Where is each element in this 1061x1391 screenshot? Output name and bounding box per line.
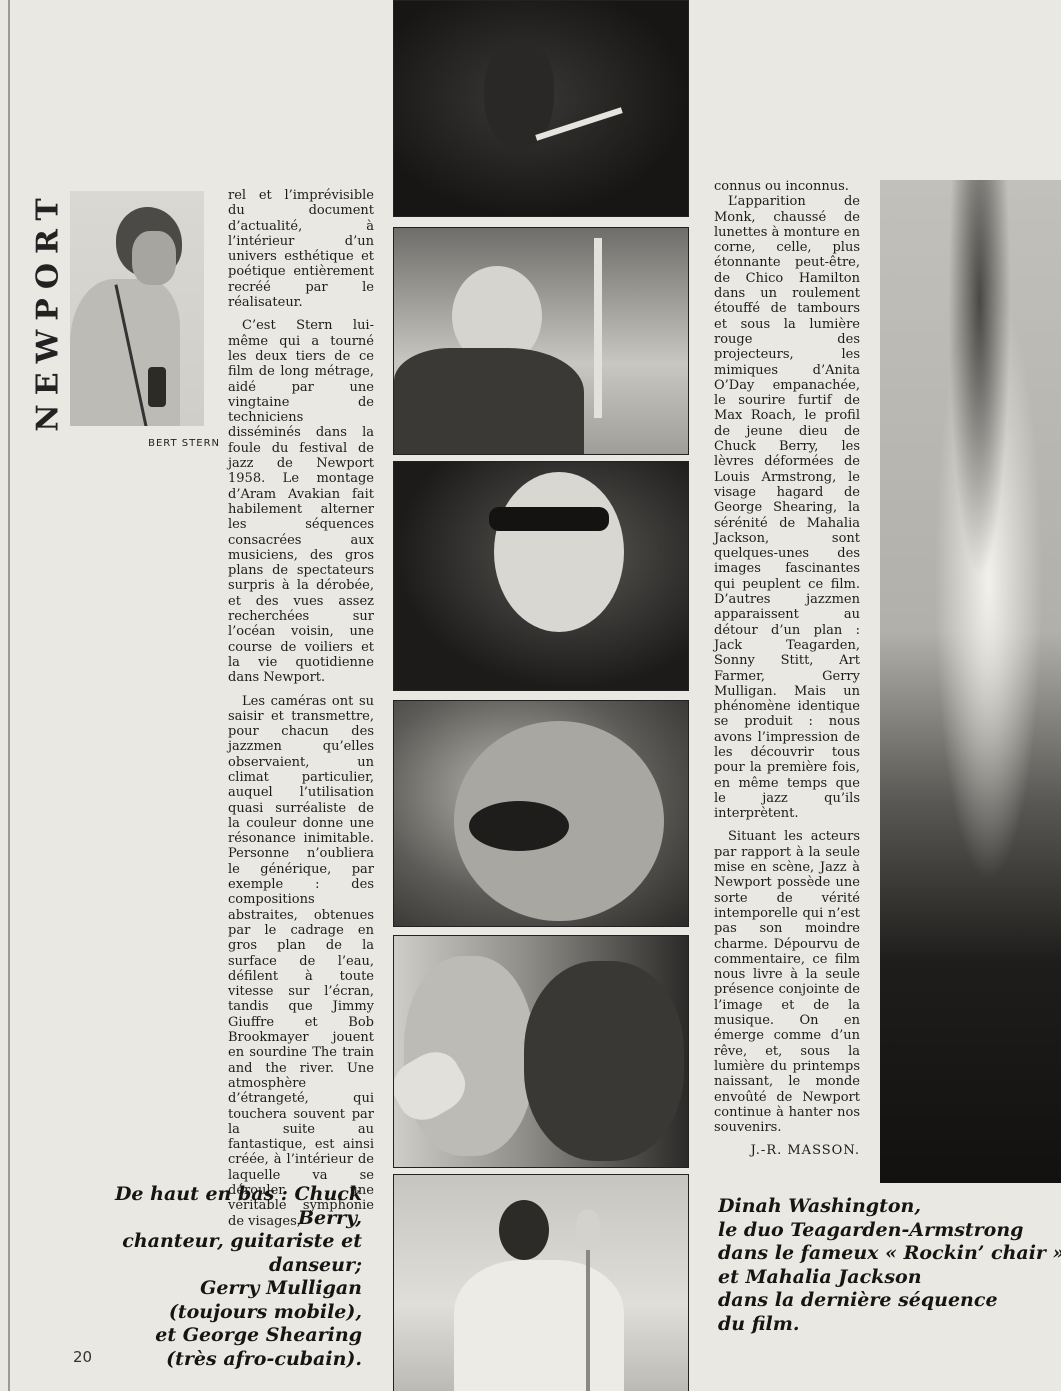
camera-icon xyxy=(148,367,166,407)
paragraph: connus ou inconnus. xyxy=(714,179,860,194)
caption-line: De haut en bas : Chuck Berry, xyxy=(72,1183,362,1230)
photo-mouth xyxy=(469,801,569,851)
photo-dinah-washington xyxy=(393,700,689,927)
photo-mic-stand xyxy=(586,1250,590,1391)
photo-chuck-berry xyxy=(393,0,689,217)
caption-line: Gerry Mulligan xyxy=(72,1277,362,1301)
caption-line: (très afro-cubain). xyxy=(72,1348,362,1372)
caption-right: Dinah Washington, le duo Teagarden-Armst… xyxy=(718,1195,1061,1336)
article-column-right: connus ou inconnus. L’apparition de Monk… xyxy=(714,179,860,1159)
photo-sunglasses xyxy=(489,507,609,531)
photo-figure xyxy=(494,472,624,632)
paragraph: L’apparition de Monk, chaussé de lunette… xyxy=(714,194,860,821)
caption-line: du film. xyxy=(718,1313,1061,1337)
photo-mahalia-jackson xyxy=(393,1174,689,1391)
page-number: 20 xyxy=(73,1348,92,1366)
paragraph: C’est Stern lui-même qui a tourné les de… xyxy=(228,318,374,685)
caption-line: (toujours mobile), xyxy=(72,1301,362,1325)
paragraph: Les caméras ont su saisir et transmettre… xyxy=(228,694,374,1229)
photo-figure-armstrong xyxy=(524,961,684,1161)
vertical-title-text: NEWPORT xyxy=(31,189,66,431)
microphone-icon xyxy=(576,1210,600,1250)
portrait-face xyxy=(132,231,176,285)
photo-mic-stand xyxy=(594,238,602,418)
photo-closeup-partial xyxy=(880,180,1061,1183)
photo-body xyxy=(394,348,584,455)
caption-line: chanteur, guitariste et danseur; xyxy=(72,1230,362,1277)
paragraph: rel et l’imprévisible du document d’actu… xyxy=(228,188,374,310)
photo-gerry-mulligan xyxy=(393,227,689,455)
page-edge xyxy=(8,0,10,1391)
portrait-photo-bert-stern xyxy=(70,191,204,426)
photo-george-shearing xyxy=(393,461,689,691)
caption-line: dans la dernière séquence xyxy=(718,1289,1061,1313)
caption-line: Dinah Washington, xyxy=(718,1195,1061,1219)
article-column-left: rel et l’imprévisible du document d’actu… xyxy=(228,188,374,1237)
caption-left: De haut en bas : Chuck Berry, chanteur, … xyxy=(72,1183,362,1371)
caption-line: et George Shearing xyxy=(72,1324,362,1348)
author-signature: J.-R. MASSON. xyxy=(714,1143,860,1158)
photo-figure-head xyxy=(499,1200,549,1260)
caption-line: et Mahalia Jackson xyxy=(718,1266,1061,1290)
photo-figure-body xyxy=(454,1260,624,1391)
photo-strip xyxy=(393,0,690,1391)
vertical-title: NEWPORT xyxy=(30,190,66,430)
paragraph: Situant les acteurs par rapport à la seu… xyxy=(714,829,860,1135)
caption-line: le duo Teagarden-Armstrong xyxy=(718,1219,1061,1243)
caption-line: dans le fameux « Rockin’ chair » xyxy=(718,1242,1061,1266)
portrait-caption: BERT STERN xyxy=(110,438,220,449)
photo-teagarden-armstrong xyxy=(393,935,689,1168)
